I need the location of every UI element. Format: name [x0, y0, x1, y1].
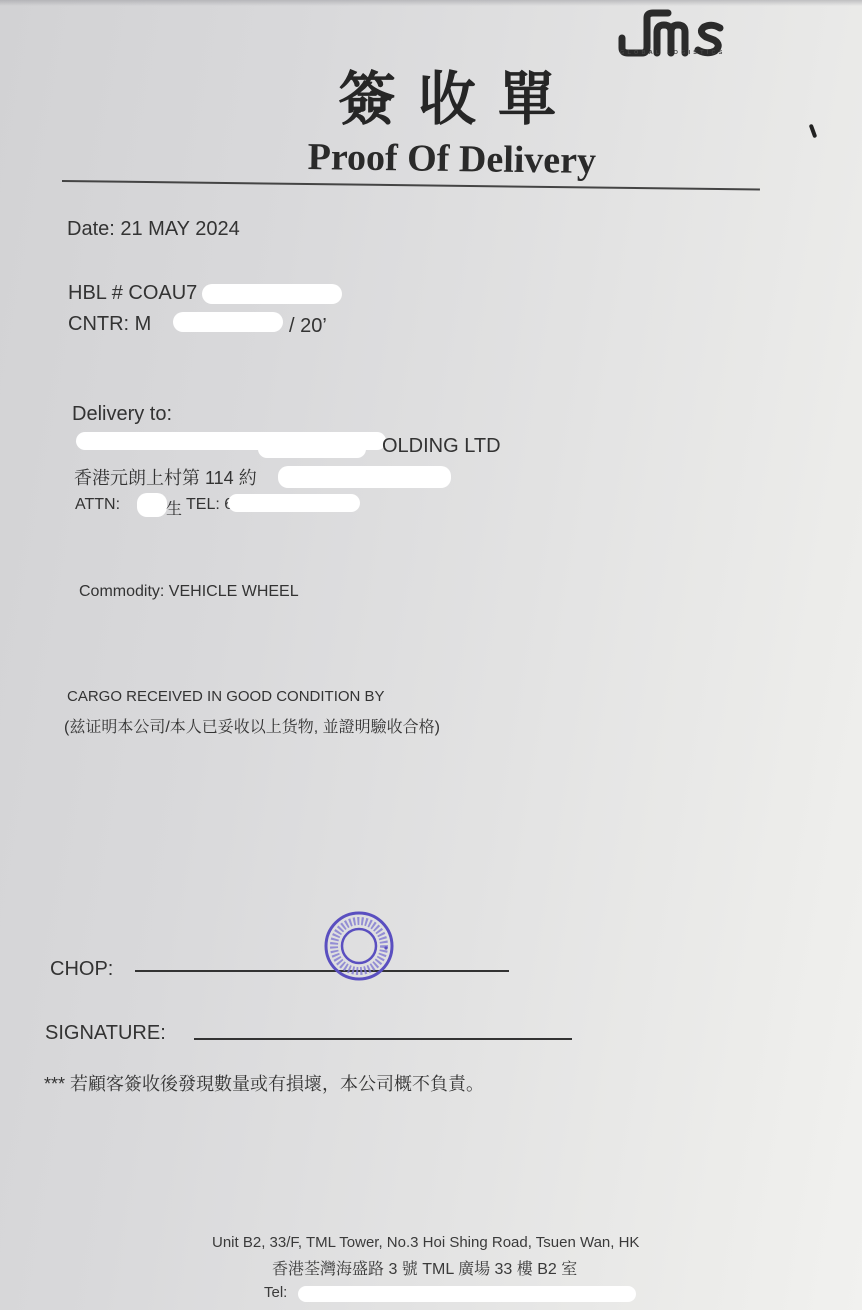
receipt-statement-cn: (兹证明本公司/本人已妥收以上货物, 並證明驗收合格): [64, 714, 440, 737]
delivery-address: 香港元朗上村第 114 約: [74, 464, 257, 490]
delivery-label: Delivery to:: [72, 403, 172, 426]
attn-label: ATTN:: [75, 496, 120, 514]
redaction-hbl: [202, 284, 342, 304]
tel-label: TEL: 6: [186, 496, 233, 514]
title-chinese: 簽收單: [338, 52, 578, 136]
redaction-attn: [137, 493, 167, 517]
cntr-size: / 20’: [289, 315, 327, 338]
title-english: Proof Of Delivery: [307, 135, 596, 183]
redaction-company-2: [258, 440, 366, 458]
attn-suffix: 生: [166, 496, 182, 519]
cntr-field: CNTR: M: [68, 313, 151, 336]
redaction-tel: [228, 494, 360, 512]
disclaimer: *** 若顧客簽收後發現數量或有損壞，本公司概不負責。: [44, 1070, 484, 1096]
footer-address-cn: 香港荃灣海盛路 3 號 TML 廣場 33 樓 B2 室: [272, 1256, 577, 1279]
commodity-field: Commodity: VEHICLE WHEEL: [79, 583, 299, 601]
footer-tel-label: Tel:: [264, 1284, 287, 1301]
chop-label: CHOP:: [50, 958, 113, 981]
redaction-address: [278, 466, 451, 488]
hbl-field: HBL # COAU7: [68, 282, 197, 305]
company-chop-stamp-icon: [322, 910, 396, 982]
photo-shadow: [0, 0, 862, 6]
signature-label: SIGNATURE:: [45, 1022, 166, 1045]
delivery-company: OLDING LTD: [382, 435, 501, 458]
signature-line: [194, 1038, 572, 1040]
paper-mark: [809, 124, 818, 139]
date-field: Date: 21 MAY 2024: [67, 218, 240, 241]
redaction-footer-tel: [298, 1286, 636, 1302]
footer-address-en: Unit B2, 33/F, TML Tower, No.3 Hoi Shing…: [212, 1234, 639, 1251]
receipt-statement-en: CARGO RECEIVED IN GOOD CONDITION BY: [67, 688, 385, 705]
header-divider: [62, 180, 760, 191]
logo-tagline: GLOBAL LOGISTICS: [620, 50, 726, 56]
redaction-cntr: [173, 312, 283, 332]
